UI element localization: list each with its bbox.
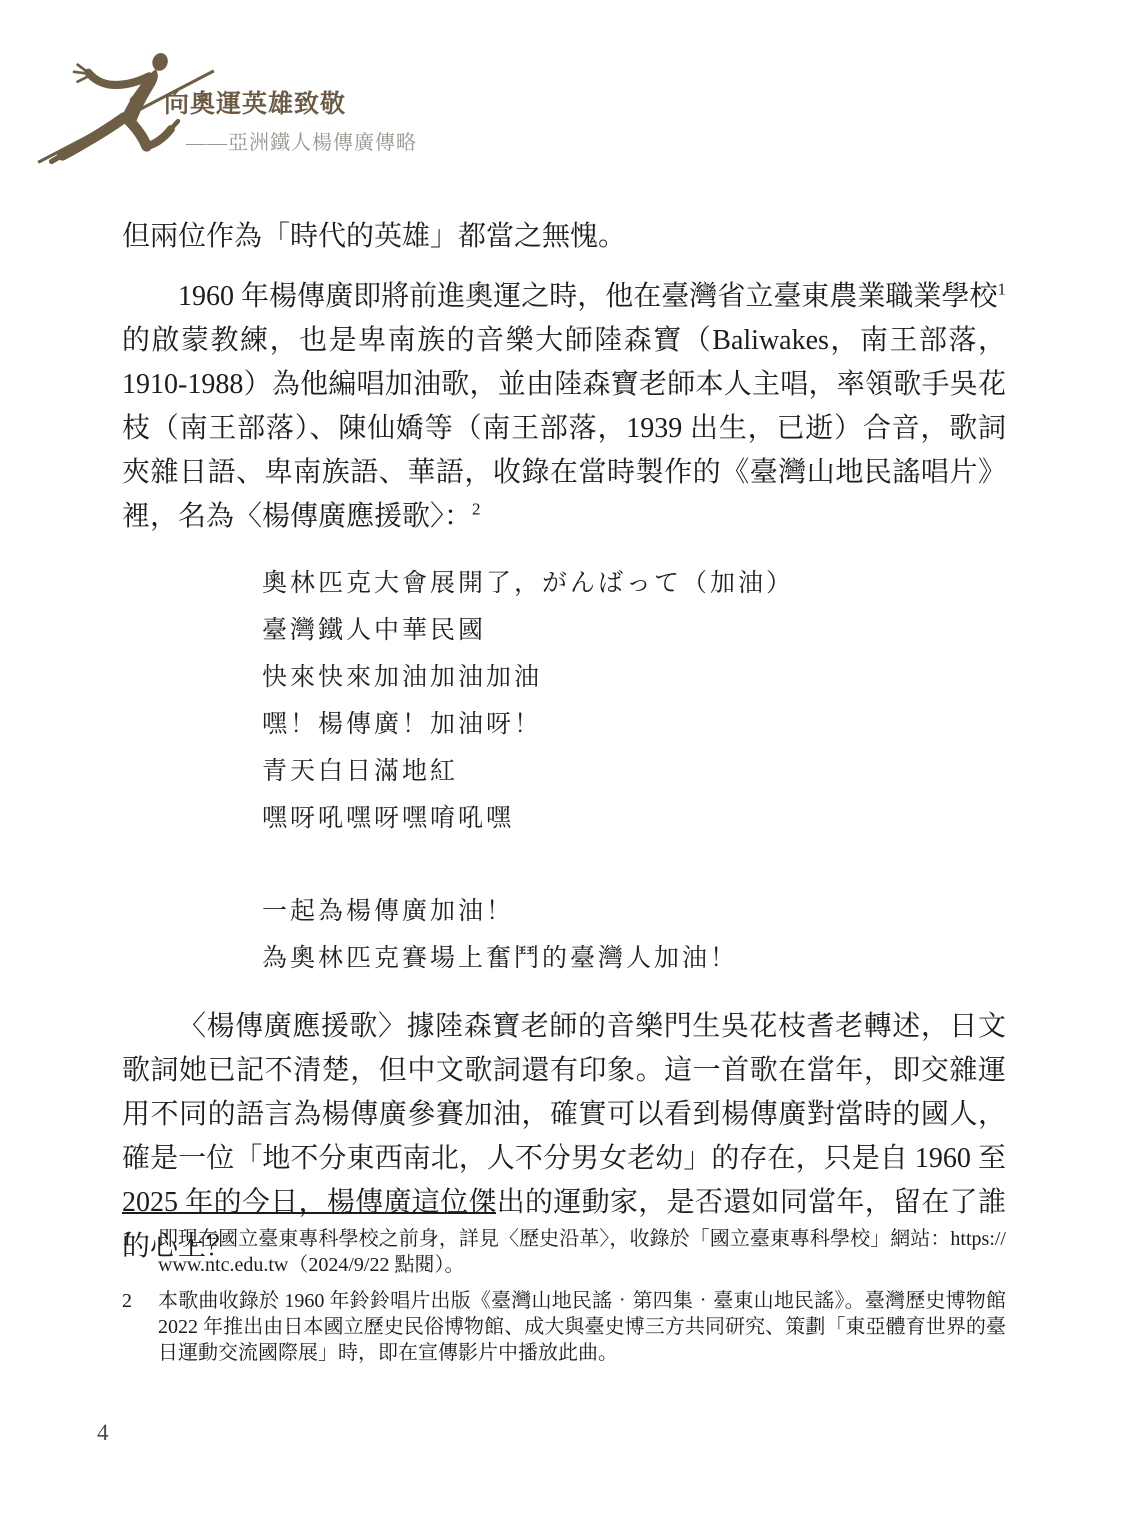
lyric-line: 奧林匹克大會展開了，がんばって（加油） [262,560,1006,607]
lyric-line: 青天白日滿地紅 [262,748,1006,795]
footnote-ref-2: 2 [472,500,481,519]
book-subtitle: ——亞洲鐵人楊傳廣傳略 [186,126,417,155]
footnote-1-text: 即現在國立臺東專科學校之前身，詳見〈歷史沿革〉，收錄於「國立臺東專科學校」網站：… [158,1226,1006,1278]
paragraph-2: 1960 年楊傳廣即將前進奧運之時，他在臺灣省立臺東農業職業學校1的啟蒙教練，也… [122,275,1006,539]
footnote-1-marker: 1 [122,1226,158,1278]
main-text: 但兩位作為「時代的英雄」都當之無愧。 1960 年楊傳廣即將前進奧運之時，他在臺… [122,215,1006,1269]
lyric-line: 快來快來加油加油加油 [262,654,1006,701]
lyric-line: 嘿！楊傳廣！加油呀！ [262,701,1006,748]
paragraph-2-text-a: 1960 年楊傳廣即將前進奧運之時，他在臺灣省立臺東農業職業學校 [178,281,998,312]
lyrics-stanza-1: 奧林匹克大會展開了，がんばって（加油） 臺灣鐵人中華民國 快來快來加油加油加油 … [262,560,1006,842]
song-lyrics-block: 奧林匹克大會展開了，がんばって（加油） 臺灣鐵人中華民國 快來快來加油加油加油 … [122,560,1006,982]
document-page: 向奧運英雄致敬 ——亞洲鐵人楊傳廣傳略 但兩位作為「時代的英雄」都當之無愧。 1… [0,0,1122,1535]
footnote-2-marker: 2 [122,1288,158,1366]
footnote-1: 1 即現在國立臺東專科學校之前身，詳見〈歷史沿革〉，收錄於「國立臺東專科學校」網… [122,1226,1006,1278]
lyric-line: 嘿呀吼嘿呀嘿唷吼嘿 [262,795,1006,842]
footnote-divider [122,1212,496,1214]
lyric-line: 一起為楊傳廣加油！ [262,888,1006,935]
footnote-2: 2 本歌曲收錄於 1960 年鈴鈴唱片出版《臺灣山地民謠‧第四集‧臺東山地民謠》… [122,1288,1006,1366]
lyrics-stanza-2: 一起為楊傳廣加油！ 為奧林匹克賽場上奮鬥的臺灣人加油！ [262,888,1006,982]
footnote-ref-1: 1 [998,280,1007,299]
footnote-2-text: 本歌曲收錄於 1960 年鈴鈴唱片出版《臺灣山地民謠‧第四集‧臺東山地民謠》。臺… [158,1288,1006,1366]
page-number: 4 [97,1420,109,1446]
paragraph-2-text-b: 的啟蒙教練，也是卑南族的音樂大師陸森寶（Baliwakes，南王部落，1910-… [122,325,1006,532]
book-title: 向奧運英雄致敬 [164,84,346,120]
footnote-section: 1 即現在國立臺東專科學校之前身，詳見〈歷史沿革〉，收錄於「國立臺東專科學校」網… [122,1212,1006,1376]
lyric-line: 為奧林匹克賽場上奮鬥的臺灣人加油！ [262,935,1006,982]
lyric-line: 臺灣鐵人中華民國 [262,607,1006,654]
paragraph-1: 但兩位作為「時代的英雄」都當之無愧。 [122,215,1006,259]
